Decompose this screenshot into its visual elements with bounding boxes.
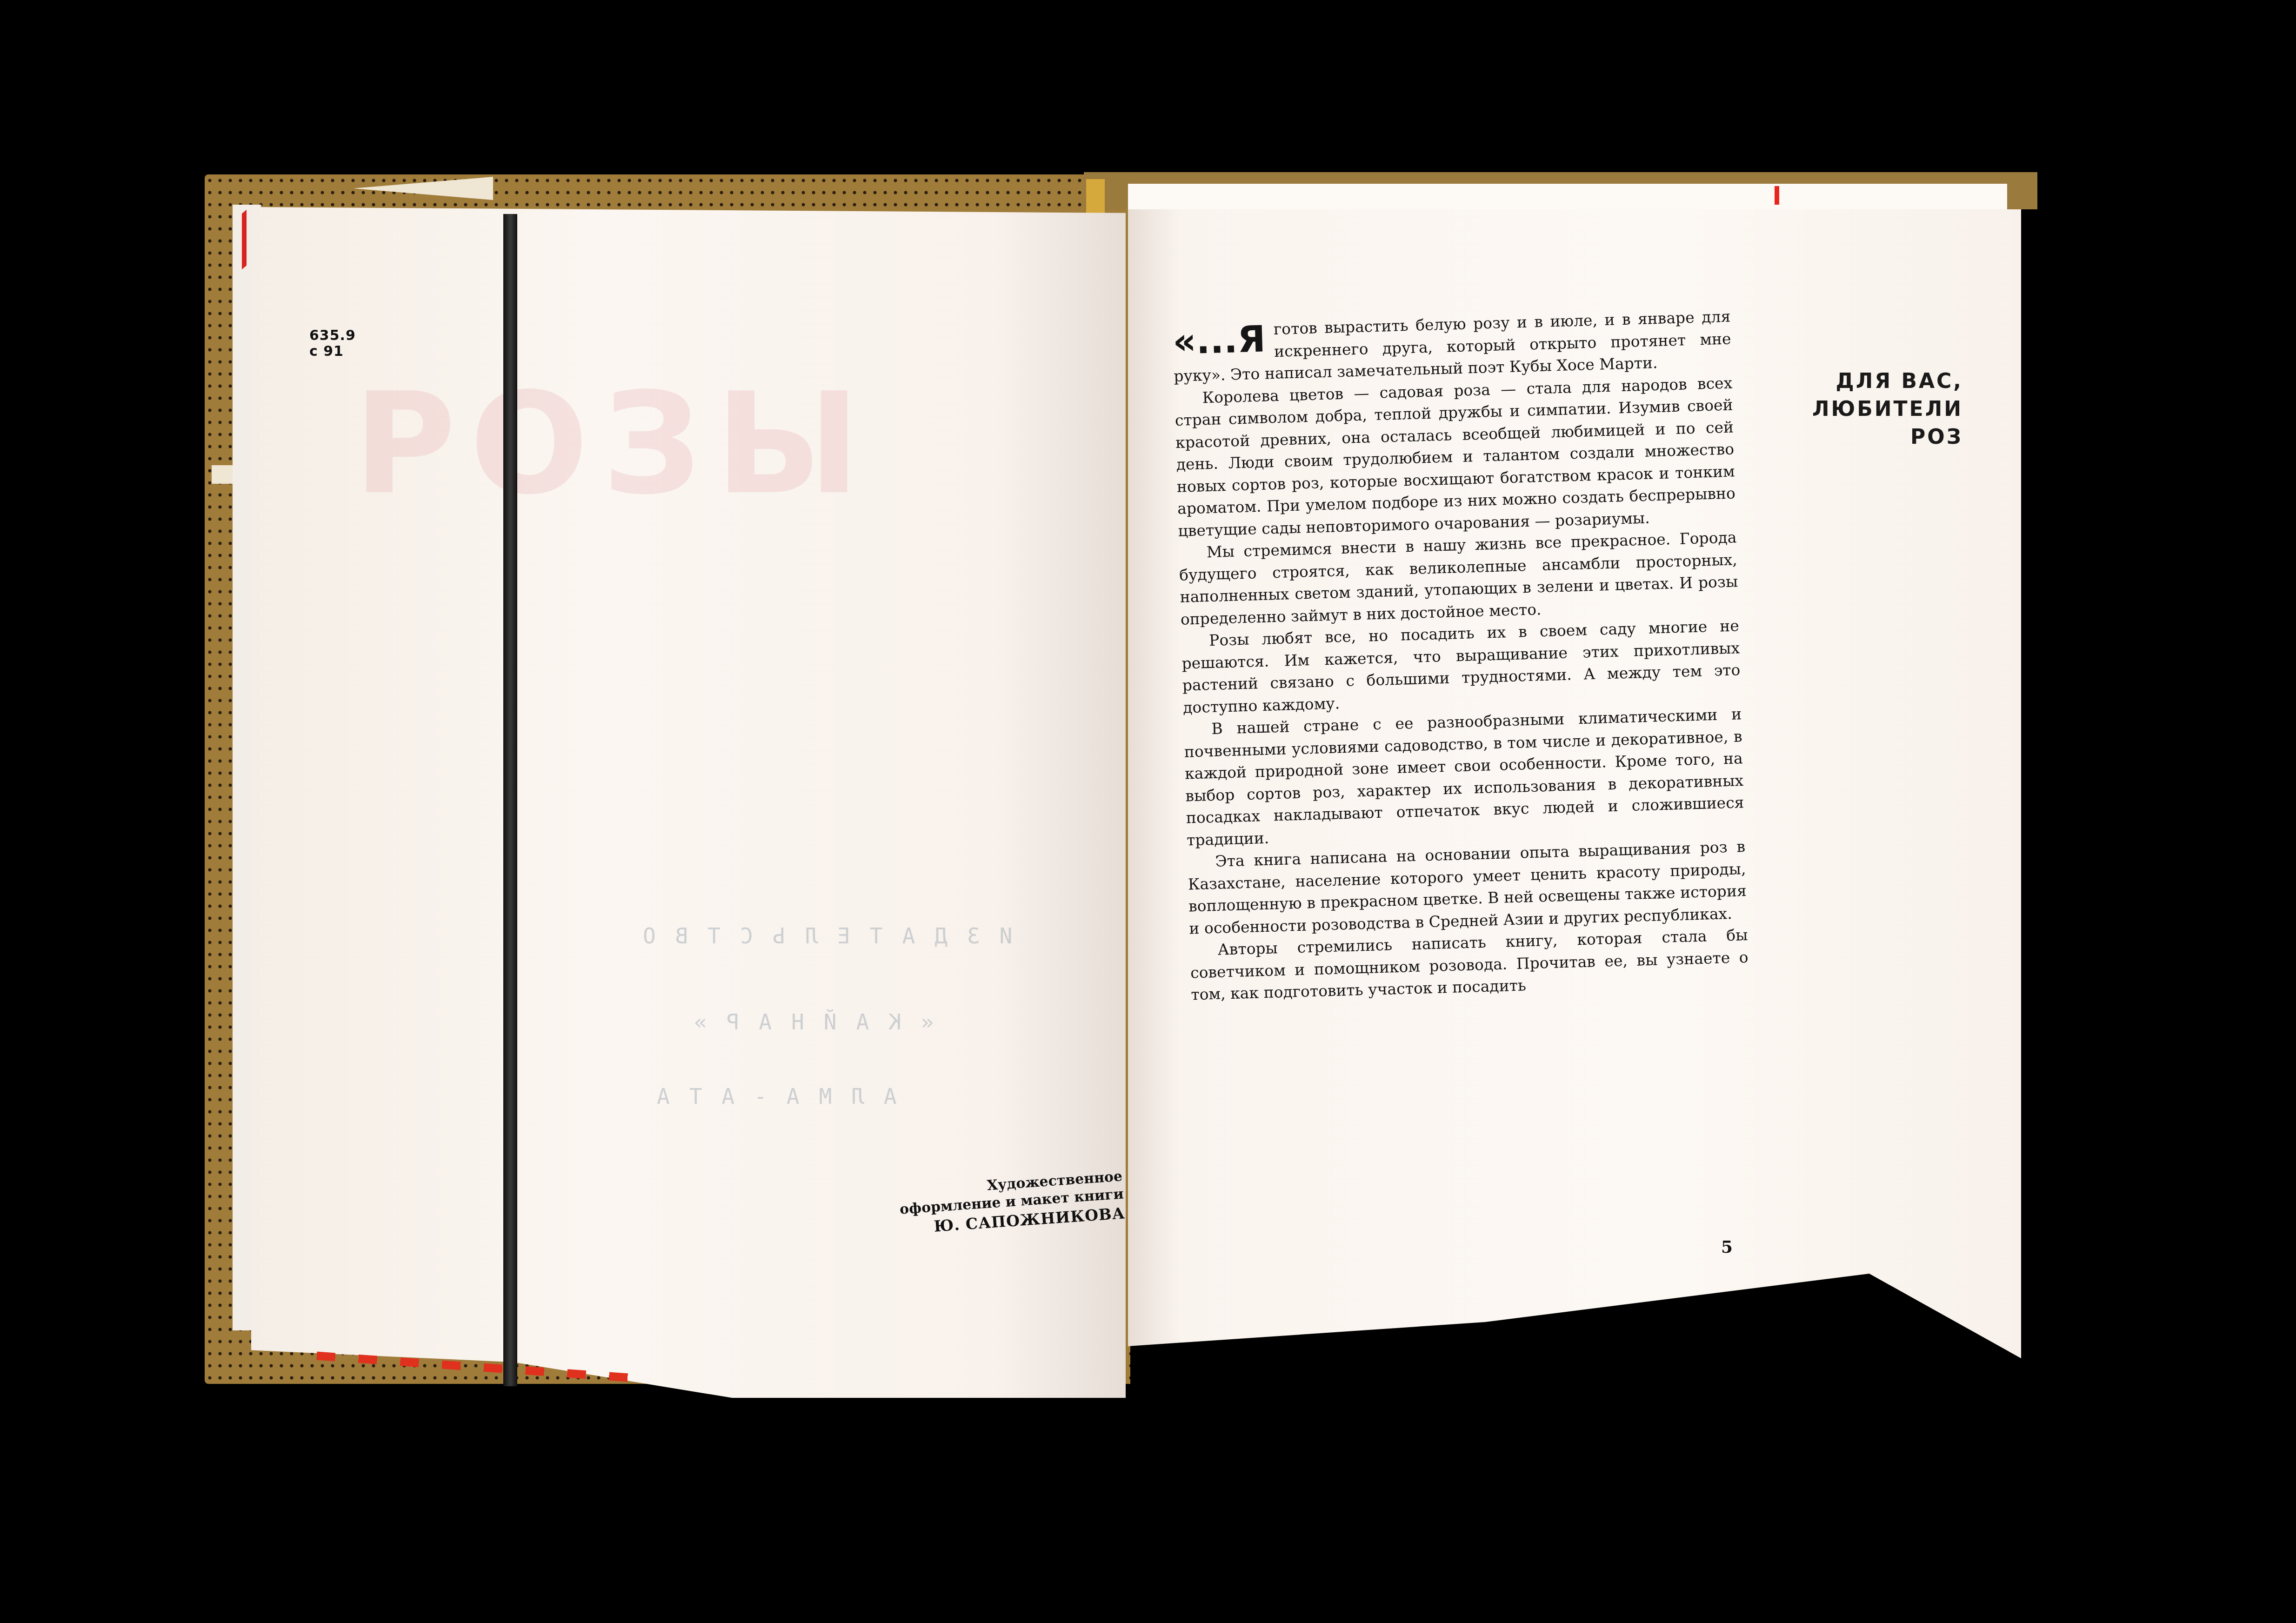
call-number-line: 635.9	[309, 328, 356, 344]
drop-cap: «...Я	[1172, 321, 1266, 360]
paragraph: Мы стремимся внести в нашу жизнь все пре…	[1178, 526, 1739, 630]
page-number: 5	[1721, 1237, 1733, 1257]
red-bookmark-marker	[1775, 186, 1779, 205]
show-through-imprint-line: АЛМА-АТА	[637, 1084, 897, 1109]
paragraph: Королева цветов — садовая роза — стала д…	[1174, 372, 1736, 542]
chapter-heading: ДЛЯ ВАС, ЛЮБИТЕЛИ РОЗ	[1763, 367, 1963, 451]
body-text: «...Я готов вырастить белую розу и в июл…	[1172, 305, 1749, 1005]
paragraph: Эта книга написана на основании опыта вы…	[1187, 835, 1748, 939]
show-through-imprint-line: ИЗДАТЕЛЬСТВО	[623, 923, 1012, 948]
red-stripe-decoration	[242, 210, 247, 269]
heading-line: ЛЮБИТЕЛИ РОЗ	[1763, 395, 1963, 451]
call-number-line: с 91	[309, 344, 356, 360]
paragraph: Розы любят все, но посадить их в своем с…	[1181, 614, 1742, 718]
right-page-top-edge	[1128, 184, 2007, 211]
library-call-number: 635.9 с 91	[309, 328, 356, 360]
heading-line: ДЛЯ ВАС,	[1763, 367, 1963, 395]
show-through-imprint-line: «КАЙНАР»	[674, 1009, 934, 1035]
show-through-title: РОЗЫ	[354, 363, 874, 525]
decorative-vertical-bar	[503, 214, 517, 1386]
paragraph: В нашей стране с ее разнообразными клима…	[1183, 703, 1745, 851]
